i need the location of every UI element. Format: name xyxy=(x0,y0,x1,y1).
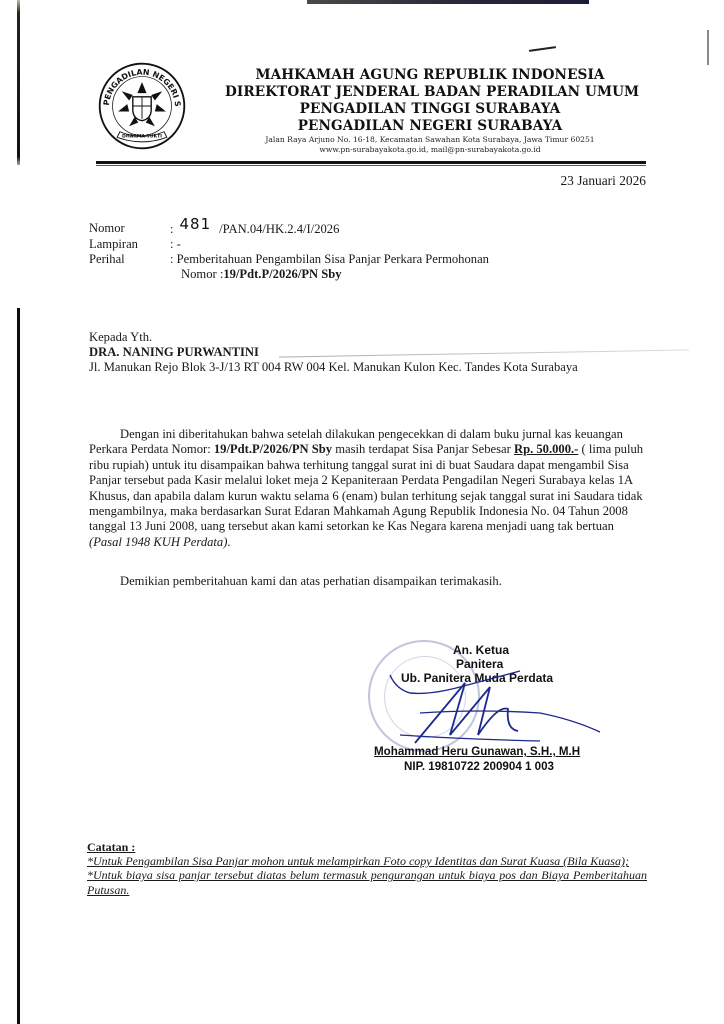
body-paragraph: Dengan ini diberitahukan bahwa setelah d… xyxy=(89,427,649,550)
signatory-nip: NIP. 19810722 200904 1 003 xyxy=(404,760,554,773)
perihal-label: Perihal xyxy=(89,252,170,267)
recipient-address: Jl. Manukan Rejo Blok 3-J/13 RT 004 RW 0… xyxy=(89,360,578,375)
letterhead-line-4: PENGADILAN NEGERI SURABAYA xyxy=(225,118,635,135)
scan-edge-left xyxy=(17,0,20,165)
notes-block: Catatan : *Untuk Pengambilan Sisa Panjar… xyxy=(87,840,647,897)
notes-title: Catatan : xyxy=(87,840,647,854)
notes-item: *Untuk Pengambilan Sisa Panjar mohon unt… xyxy=(87,854,647,868)
scan-edge-left-lower xyxy=(17,308,20,1024)
letter-body: Dengan ini diberitahukan bahwa setelah d… xyxy=(89,427,649,550)
court-emblem-icon: PENGADILAN NEGERI SURABAYA DHARMA YUKTI xyxy=(96,60,188,152)
scan-shadow-top xyxy=(307,0,589,4)
recipient-salutation: Kepada Yth. xyxy=(89,330,578,345)
lampiran-label: Lampiran xyxy=(89,237,170,252)
pen-mark xyxy=(529,46,556,52)
letterhead-line-3: PENGADILAN TINGGI SURABAYA xyxy=(225,101,635,118)
letter-meta: Nomor :481/PAN.04/HK.2.4/I/2026 Lampiran… xyxy=(89,221,489,282)
scan-edge-right xyxy=(707,30,709,65)
body-legal-reference: (Pasal 1948 KUH Perdata) xyxy=(89,535,227,549)
nomor-sep: : xyxy=(170,222,174,236)
body-case-number: 19/Pdt.P/2026/PN Sby xyxy=(214,442,332,456)
letterhead-web: www.pn-surabayakota.go.id, mail@pn-surab… xyxy=(225,145,635,155)
nomor-value: /PAN.04/HK.2.4/I/2026 xyxy=(219,222,339,236)
notes-item: *Untuk biaya sisa panjar tersebut diatas… xyxy=(87,868,647,896)
letterhead-divider xyxy=(96,161,646,164)
closing-sentence: Demikian pemberitahuan kami dan atas per… xyxy=(120,574,502,589)
letterhead-address: Jalan Raya Arjuno No. 16-18, Kecamatan S… xyxy=(225,135,635,145)
signatory-name: Mohammad Heru Gunawan, S.H., M.H xyxy=(374,745,580,758)
letterhead-divider-thin xyxy=(96,165,646,166)
letterhead-line-2: DIREKTORAT JENDERAL BADAN PERADILAN UMUM xyxy=(225,84,635,101)
letterhead: MAHKAMAH AGUNG REPUBLIK INDONESIA DIREKT… xyxy=(225,67,635,155)
perihal-sub-label: Nomor : xyxy=(181,267,223,282)
svg-text:DHARMA YUKTI: DHARMA YUKTI xyxy=(122,133,162,139)
recipient-block: Kepada Yth. DRA. NANING PURWANTINI Jl. M… xyxy=(89,330,578,375)
perihal-case-number: 19/Pdt.P/2026/PN Sby xyxy=(223,267,341,282)
body-amount: Rp. 50.000.- xyxy=(514,442,578,456)
perihal-value: : Pemberitahuan Pengambilan Sisa Panjar … xyxy=(170,252,489,267)
signature-line-1: An. Ketua xyxy=(395,643,615,657)
nomor-label: Nomor xyxy=(89,221,170,237)
letter-date: 23 Januari 2026 xyxy=(560,173,646,189)
letterhead-line-1: MAHKAMAH AGUNG REPUBLIK INDONESIA xyxy=(225,67,635,84)
nomor-handwritten: 481 xyxy=(180,215,212,233)
lampiran-value: : - xyxy=(170,237,181,252)
handwritten-signature-icon xyxy=(380,665,600,755)
